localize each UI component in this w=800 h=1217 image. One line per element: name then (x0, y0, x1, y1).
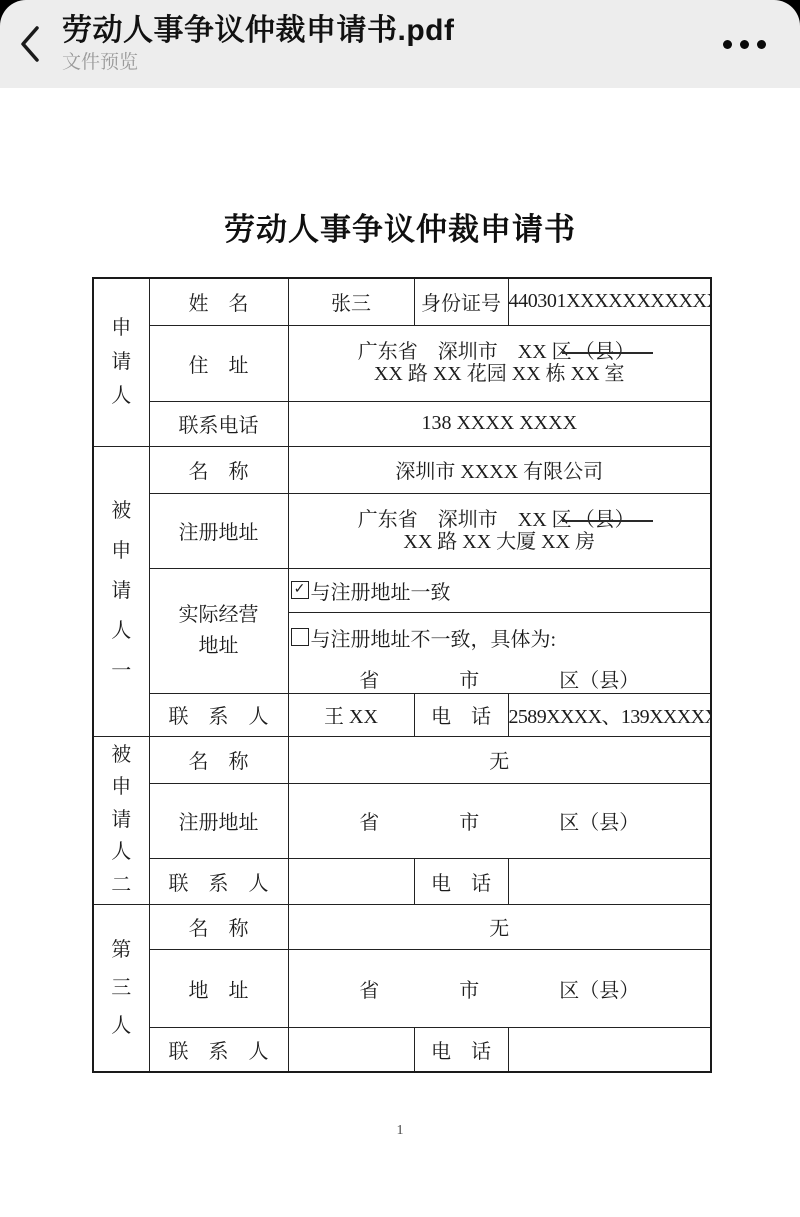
table-row: 被申请人一 名 称 深圳市 XXXX 有限公司 (93, 446, 711, 493)
applicant-address-county-struck: （县） (572, 341, 641, 363)
respondent1-reg-address-line2: XX 路 XX 大厦 XX 房 (289, 531, 711, 553)
applicant-id-value: 440301XXXXXXXXXXXX (508, 278, 711, 325)
table-row: 联 系 人 电 话 (93, 858, 711, 904)
phone-screen: 劳动人事争议仲裁申请书.pdf 文件预览 劳动人事争议仲裁申请书 申请人 姓 (0, 0, 800, 1217)
checked-checkbox-icon: ✓ (291, 581, 309, 599)
table-row: 注册地址 省 市 区（县） (93, 783, 711, 858)
respondent2-reg-address-value: 省 市 区（县） (288, 783, 711, 858)
respondent2-reg-address-label: 注册地址 (149, 783, 288, 858)
third-party-name-label: 名 称 (149, 904, 288, 949)
check-mark-icon: ✓ (294, 583, 306, 597)
application-form-table: 申请人 姓 名 张三 身份证号 440301XXXXXXXXXXXX 住 址 广… (92, 277, 712, 1073)
back-button[interactable] (0, 0, 60, 88)
third-party-contact-value (288, 1027, 414, 1072)
applicant-group-cell: 申请人 (93, 278, 149, 446)
respondent2-group-cell: 被申请人二 (93, 736, 149, 904)
respondent1-reg-address-county-struck: （县） (572, 509, 641, 531)
respondent1-tel-label: 电 话 (414, 693, 508, 736)
third-party-address-value: 省 市 区（县） (288, 949, 711, 1027)
applicant-phone-label: 联系电话 (149, 401, 288, 446)
respondent2-tel-label: 电 话 (414, 858, 508, 904)
pdf-page: 劳动人事争议仲裁申请书 申请人 姓 名 张三 身份证号 440301XXXXXX… (0, 88, 800, 1217)
document-title: 劳动人事争议仲裁申请书 (0, 204, 800, 249)
respondent1-name-value: 深圳市 XXXX 有限公司 (288, 446, 711, 493)
third-party-tel-label: 电 话 (414, 1027, 508, 1072)
diff-address-option-row: 与注册地址不一致，具体为: 省 市 区（县） (289, 613, 711, 693)
third-party-group-label: 第三人 (110, 931, 133, 1045)
page-number: 1 (0, 1123, 800, 1139)
respondent2-contact-label: 联 系 人 (149, 858, 288, 904)
respondent1-reg-address-value: 广东省 深圳市 XX 区（县） XX 路 XX 大厦 XX 房 (288, 493, 711, 568)
table-row: 住 址 广东省 深圳市 XX 区（县） XX 路 XX 花园 XX 栋 XX 室 (93, 325, 711, 401)
applicant-group-label: 申请人 (110, 311, 133, 413)
applicant-id-label: 身份证号 (414, 278, 508, 325)
table-row: 注册地址 广东省 深圳市 XX 区（县） XX 路 XX 大厦 XX 房 (93, 493, 711, 568)
respondent1-tel-value: 2589XXXX、139XXXXXXXX (508, 693, 711, 736)
table-row: 第三人 名 称 无 (93, 904, 711, 949)
respondent2-contact-value (288, 858, 414, 904)
diff-address-option-label: 与注册地址不一致，具体为: (311, 623, 557, 652)
third-party-group-cell: 第三人 (93, 904, 149, 1072)
respondent1-business-address-value: ✓ 与注册地址一致 与注册地址不一致，具体为: 省 市 区（县） (288, 568, 711, 693)
respondent1-business-address-label: 实际经营 地址 (149, 568, 288, 693)
unchecked-checkbox-icon (291, 628, 309, 646)
third-party-contact-label: 联 系 人 (149, 1027, 288, 1072)
respondent2-name-value: 无 (288, 736, 711, 783)
respondent1-group-cell: 被申请人一 (93, 446, 149, 736)
applicant-address-line2: XX 路 XX 花园 XX 栋 XX 室 (289, 363, 711, 385)
file-preview-header: 劳动人事争议仲裁申请书.pdf 文件预览 (0, 0, 800, 88)
chevron-left-icon (19, 24, 41, 64)
third-party-name-value: 无 (288, 904, 711, 949)
applicant-name-label: 姓 名 (149, 278, 288, 325)
third-party-tel-value (508, 1027, 711, 1072)
respondent1-reg-address-line1: 广东省 深圳市 XX 区 (358, 509, 572, 531)
same-address-option-label: 与注册地址一致 (311, 576, 451, 605)
table-row: 联 系 人 电 话 (93, 1027, 711, 1072)
respondent2-group-label: 被申请人二 (110, 739, 133, 901)
respondent1-contact-label: 联 系 人 (149, 693, 288, 736)
diff-address-blank-line: 省 市 区（县） (289, 664, 711, 693)
ellipsis-icon (723, 40, 732, 49)
applicant-address-label: 住 址 (149, 325, 288, 401)
same-address-option-row: ✓ 与注册地址一致 (289, 569, 711, 613)
header-titles: 劳动人事争议仲裁申请书.pdf 文件预览 (62, 13, 454, 75)
preview-label: 文件预览 (62, 51, 454, 75)
ellipsis-icon (757, 40, 766, 49)
applicant-address-value: 广东省 深圳市 XX 区（县） XX 路 XX 花园 XX 栋 XX 室 (288, 325, 711, 401)
table-row: 联 系 人 王 XX 电 话 2589XXXX、139XXXXXXXX (93, 693, 711, 736)
third-party-address-label: 地 址 (149, 949, 288, 1027)
respondent1-contact-value: 王 XX (288, 693, 414, 736)
respondent1-name-label: 名 称 (149, 446, 288, 493)
respondent1-group-label: 被申请人一 (110, 491, 133, 691)
ellipsis-icon (740, 40, 749, 49)
table-row: 地 址 省 市 区（县） (93, 949, 711, 1027)
more-button[interactable] (717, 26, 772, 62)
applicant-phone-value: 138 XXXX XXXX (288, 401, 711, 446)
file-name: 劳动人事争议仲裁申请书.pdf (62, 13, 454, 49)
applicant-name-value: 张三 (288, 278, 414, 325)
table-row: 被申请人二 名 称 无 (93, 736, 711, 783)
table-row: 实际经营 地址 ✓ 与注册地址一致 与注册地址不一致，具体为: 省 市 区（县 (93, 568, 711, 693)
respondent1-reg-address-label: 注册地址 (149, 493, 288, 568)
table-row: 申请人 姓 名 张三 身份证号 440301XXXXXXXXXXXX (93, 278, 711, 325)
applicant-address-line1: 广东省 深圳市 XX 区 (358, 341, 572, 363)
table-row: 联系电话 138 XXXX XXXX (93, 401, 711, 446)
respondent2-name-label: 名 称 (149, 736, 288, 783)
respondent2-tel-value (508, 858, 711, 904)
